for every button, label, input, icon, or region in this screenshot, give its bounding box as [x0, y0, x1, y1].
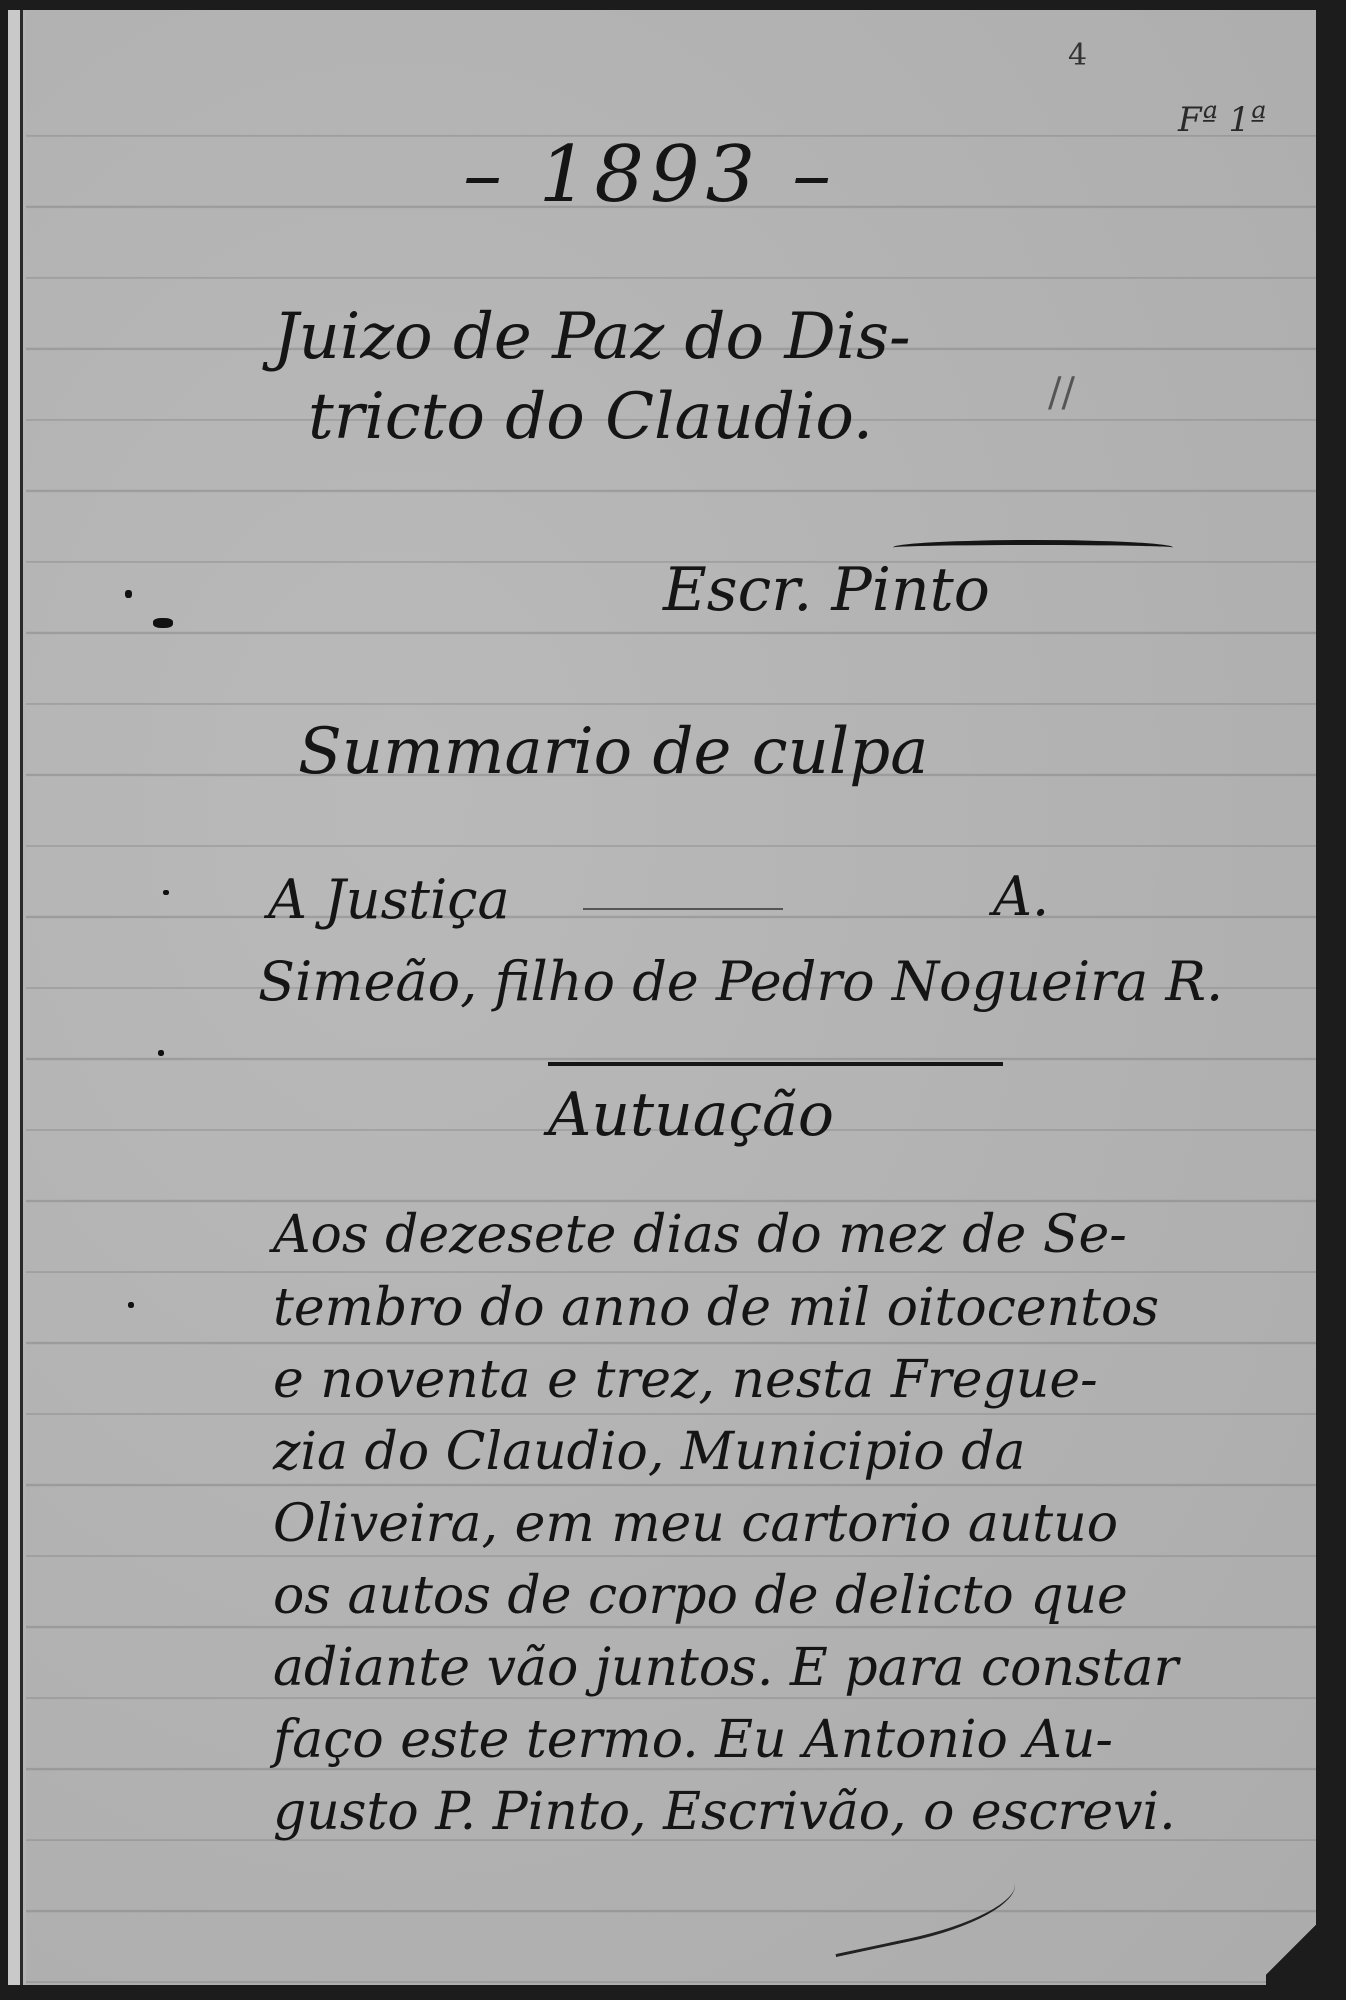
signature-flourish: [893, 540, 1173, 555]
body-line: adiante vão juntos. E para constar: [273, 1638, 1178, 1698]
folio-number: 4: [1068, 38, 1087, 73]
body-line: e noventa e trez, nesta Fregue-: [273, 1350, 1098, 1410]
body-line: Aos dezesete dias do mez de Se-: [273, 1205, 1127, 1265]
document-year: – 1893 –: [463, 130, 837, 220]
clerk-signature: Escr. Pinto: [663, 555, 990, 625]
ink-spot: [158, 1050, 164, 1056]
body-line: faço este termo. Eu Antonio Au-: [273, 1710, 1113, 1770]
ink-spot: [125, 590, 132, 598]
document-title: Summario de culpa: [298, 715, 928, 789]
margin-mark: //: [1048, 370, 1075, 416]
court-heading-line1: Juizo de Paz do Dis-: [273, 300, 911, 374]
body-line: gusto P. Pinto, Escrivão, o escrevi.: [273, 1782, 1176, 1842]
closing-flourish: [824, 1861, 1022, 1957]
plaintiff: A Justiça: [268, 868, 510, 931]
ink-spot: [153, 618, 173, 628]
party-separator-rule: [583, 908, 783, 910]
ink-spot: [163, 890, 169, 895]
manuscript-page: 4 Fª 1ª – 1893 – Juizo de Paz do Dis- tr…: [8, 10, 1316, 1985]
court-heading-line2: tricto do Claudio.: [308, 380, 873, 454]
defendant: Simeão, filho de Pedro Nogueira R.: [258, 950, 1223, 1013]
folio-note: Fª 1ª: [1178, 100, 1266, 140]
body-line: Oliveira, em meu cartorio autuo: [273, 1494, 1118, 1554]
folded-corner: [1266, 1915, 1316, 1985]
section-rule: [548, 1062, 1003, 1066]
page-binding-edge: [8, 10, 26, 1985]
ink-spot: [128, 1302, 134, 1308]
body-line: zia do Claudio, Municipio da: [273, 1422, 1026, 1482]
section-heading: Autuação: [548, 1080, 834, 1150]
body-line: tembro do anno de mil oitocentos: [273, 1278, 1159, 1338]
body-line: os autos de corpo de delicto que: [273, 1566, 1128, 1626]
plaintiff-suffix: A.: [993, 865, 1049, 928]
